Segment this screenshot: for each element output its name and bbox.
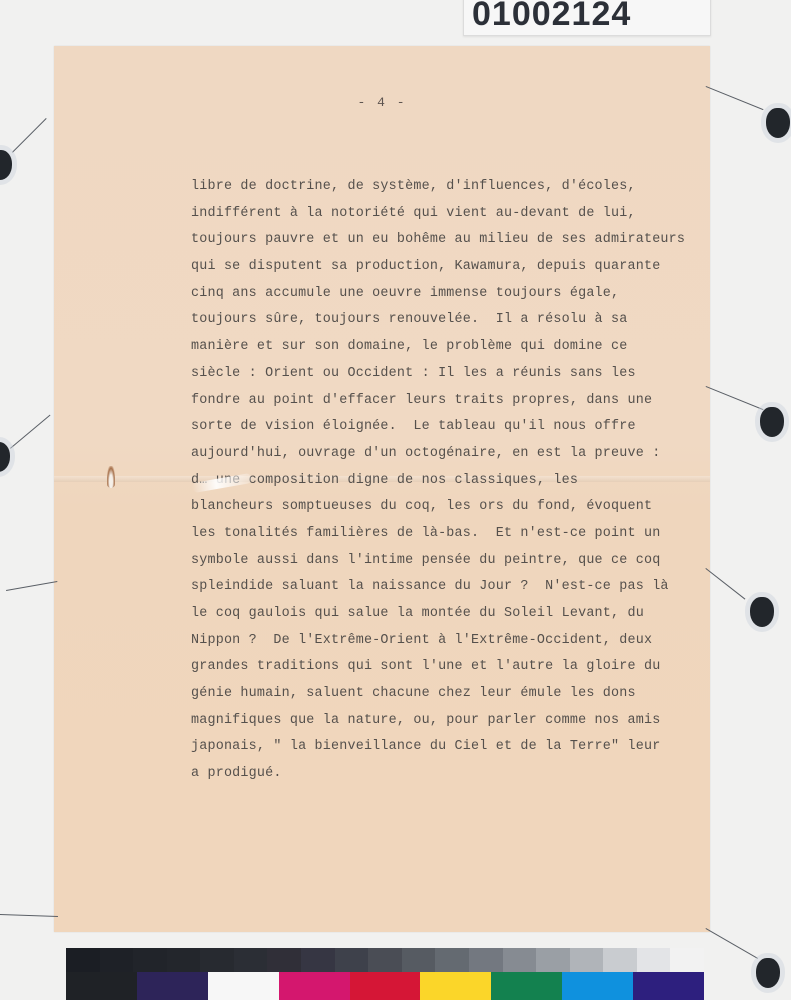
paper-hole: [107, 466, 115, 488]
pin-wire: [705, 568, 745, 600]
pin-wire: [10, 415, 50, 449]
text-line: fondre au point d'effacer leurs traits p…: [191, 388, 691, 415]
pin-wire: [706, 928, 758, 959]
text-line: cinq ans accumule une oeuvre immense tou…: [191, 281, 691, 308]
text-line: symbole aussi dans l'intime pensée du pe…: [191, 548, 691, 575]
pin-wire: [12, 118, 47, 153]
gray-patch: [503, 948, 537, 972]
color-patch: [420, 972, 491, 1000]
text-line: grandes traditions qui sont l'une et l'a…: [191, 654, 691, 681]
mounting-pin-icon: [760, 407, 784, 437]
mounting-pin-icon: [0, 442, 10, 472]
mounting-pin-icon: [766, 108, 790, 138]
color-patch: [350, 972, 421, 1000]
text-line: Nippon ? De l'Extrême-Orient à l'Extrême…: [191, 628, 691, 655]
text-line: qui se disputent sa production, Kawamura…: [191, 254, 691, 281]
gray-patch: [335, 948, 369, 972]
gray-patch: [469, 948, 503, 972]
text-line: d… une composition digne de nos classiqu…: [191, 468, 691, 495]
gray-patch: [200, 948, 234, 972]
text-line: a prodigué.: [191, 761, 691, 788]
grayscale-patches: [66, 948, 704, 972]
gray-patch: [637, 948, 671, 972]
pin-wire: [0, 914, 58, 917]
text-line: aujourd'hui, ouvrage d'un octogénaire, e…: [191, 441, 691, 468]
color-patch: [491, 972, 562, 1000]
typed-document-page: - 4 - libre de doctrine, de système, d'i…: [54, 46, 710, 932]
color-patch: [66, 972, 137, 1000]
mounting-pin-icon: [756, 958, 780, 988]
gray-patch: [66, 948, 100, 972]
pin-wire: [6, 581, 57, 591]
color-patch: [279, 972, 350, 1000]
page-number: - 4 -: [54, 95, 710, 110]
text-line: libre de doctrine, de système, d'influen…: [191, 174, 691, 201]
text-line: le coq gaulois qui salue la montée du So…: [191, 601, 691, 628]
text-line: spleindide saluant la naissance du Jour …: [191, 574, 691, 601]
gray-patch: [435, 948, 469, 972]
text-line: manière et sur son domaine, le problème …: [191, 334, 691, 361]
mounting-pin-icon: [750, 597, 774, 627]
pin-wire: [706, 386, 764, 410]
text-line: toujours sûre, toujours renouvelée. Il a…: [191, 307, 691, 334]
archive-id: 01002124: [472, 0, 631, 33]
text-line: siècle : Orient ou Occident : Il les a r…: [191, 361, 691, 388]
gray-patch: [133, 948, 167, 972]
text-line: sorte de vision éloignée. Le tableau qu'…: [191, 414, 691, 441]
color-calibration-target: [66, 948, 704, 1000]
color-patch: [562, 972, 633, 1000]
color-patch: [633, 972, 704, 1000]
text-line: japonais, " la bienveillance du Ciel et …: [191, 734, 691, 761]
gray-patch: [267, 948, 301, 972]
document-body: libre de doctrine, de système, d'influen…: [191, 174, 691, 788]
gray-patch: [100, 948, 134, 972]
color-patch: [137, 972, 208, 1000]
gray-patch: [603, 948, 637, 972]
gray-patch: [167, 948, 201, 972]
gray-patch: [536, 948, 570, 972]
color-patch: [208, 972, 279, 1000]
mounting-pin-icon: [0, 150, 12, 180]
pin-wire: [706, 86, 764, 110]
text-line: magnifiques que la nature, ou, pour parl…: [191, 708, 691, 735]
gray-patch: [570, 948, 604, 972]
text-line: toujours pauvre et un eu bohême au milie…: [191, 227, 691, 254]
archive-id-label: 01002124: [463, 0, 711, 36]
gray-patch: [301, 948, 335, 972]
gray-patch: [670, 948, 704, 972]
text-line: blancheurs somptueuses du coq, les ors d…: [191, 494, 691, 521]
gray-patch: [234, 948, 268, 972]
gray-patch: [368, 948, 402, 972]
text-line: génie humain, saluent chacune chez leur …: [191, 681, 691, 708]
gray-patch: [402, 948, 436, 972]
color-patches: [66, 972, 704, 1000]
text-line: indifférent à la notoriété qui vient au-…: [191, 201, 691, 228]
text-line: les tonalités familières de là-bas. Et n…: [191, 521, 691, 548]
